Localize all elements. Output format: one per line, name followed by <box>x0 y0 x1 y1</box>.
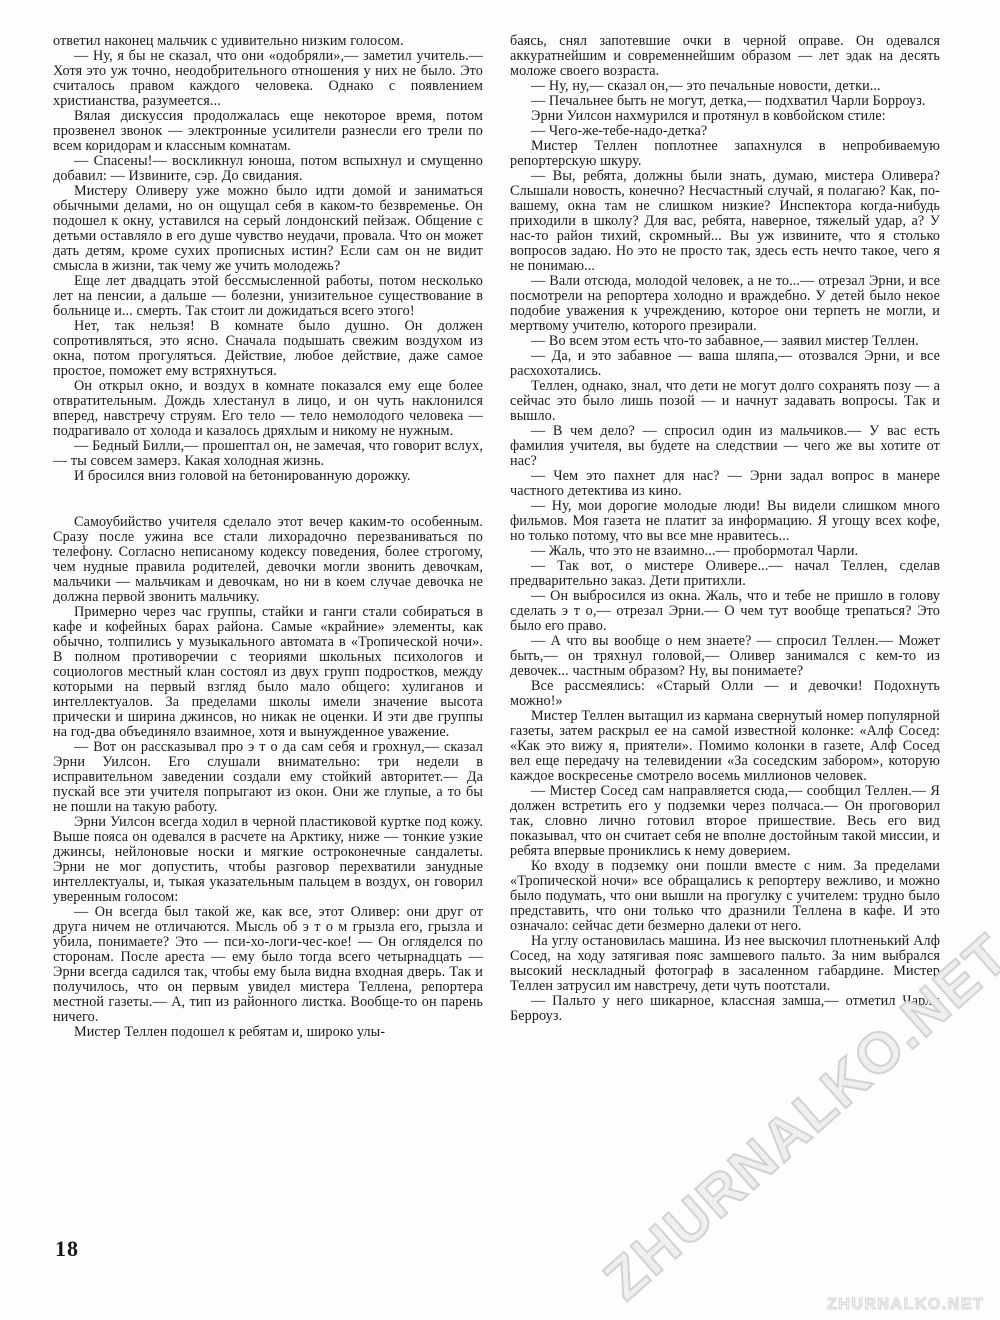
paragraph: — Он выбросился из окна. Жаль, что и теб… <box>510 589 940 634</box>
paragraph: — Да, и это забавное — ваша шляпа,— отоз… <box>510 349 940 379</box>
paragraph: Теллен, однако, знал, что дети не могут … <box>510 379 940 424</box>
paragraph: — Печальнее быть не могут, детка,— подхв… <box>510 94 940 109</box>
paragraph: Эрни Уилсон нахмурился и протянул в ковб… <box>510 109 940 124</box>
right-column: баясь, снял запотевшие очки в черной опр… <box>510 34 940 1040</box>
left-column: ответил наконец мальчик с удивительно ни… <box>53 34 483 1040</box>
paragraph: На углу остановилась машина. Из нее выск… <box>510 934 940 994</box>
paragraph: — А что вы вообще о нем знаете? — спроси… <box>510 634 940 679</box>
paragraph: баясь, снял запотевшие очки в черной опр… <box>510 34 940 79</box>
paragraph: Примерно через час группы, стайки и ганг… <box>53 605 483 740</box>
paragraph: — Вы, ребята, должны были знать, думаю, … <box>510 169 940 274</box>
paragraph: — Ну, мои дорогие молодые люди! Вы видел… <box>510 499 940 544</box>
paragraph: Самоубийство учителя сделало этот вечер … <box>53 515 483 605</box>
paragraph: — Он всегда был такой же, как все, этот … <box>53 905 483 1025</box>
paragraph: — Чем это пахнет для нас? — Эрни задал в… <box>510 469 940 499</box>
page-number: 18 <box>55 1236 79 1262</box>
paragraph: — Спасены!— воскликнул юноша, потом вспы… <box>53 154 483 184</box>
scanned-page: ответил наконец мальчик с удивительно ни… <box>0 0 1000 1320</box>
paragraph: — Чего-же-тебе-надо-детка? <box>510 124 940 139</box>
paragraph: Мистер Теллен вытащил из кармана свернут… <box>510 709 940 784</box>
watermark-corner: ZHURNALKO.NET <box>827 1296 984 1314</box>
paragraph: Он открыл окно, и воздух в комнате показ… <box>53 379 483 439</box>
paragraph: — Пальто у него шикарное, классная замша… <box>510 994 940 1024</box>
paragraph: Нет, так нельзя! В комнате было душно. О… <box>53 319 483 379</box>
paragraph: Еще лет двадцать этой бессмысленной рабо… <box>53 274 483 319</box>
paragraph: — Жаль, что это не взаимно...— пробормот… <box>510 544 940 559</box>
paragraph: Мистеру Оливеру уже можно было идти домо… <box>53 184 483 274</box>
paragraph: Мистер Теллен поплотнее запахнулся в неп… <box>510 139 940 169</box>
paragraph: — Бедный Билли,— прошептал он, не замеча… <box>53 439 483 469</box>
paragraph: — Ну, я бы не сказал, что они «одобряли»… <box>53 49 483 109</box>
paragraph: — Во всем этом есть что-то забавное,— за… <box>510 334 940 349</box>
paragraph: — Вот он рассказывал про э т о да сам се… <box>53 740 483 815</box>
text-columns: ответил наконец мальчик с удивительно ни… <box>53 34 940 1040</box>
paragraph: Мистер Теллен подошел к ребятам и, широк… <box>53 1025 483 1040</box>
paragraph: — Мистер Сосед сам направляется сюда,— с… <box>510 784 940 859</box>
paragraph: — Вали отсюда, молодой человек, а не то.… <box>510 274 940 334</box>
paragraph: — Так вот, о мистере Оливере...— начал Т… <box>510 559 940 589</box>
paragraph: ответил наконец мальчик с удивительно ни… <box>53 34 483 49</box>
paragraph: — В чем дело? — спросил один из мальчико… <box>510 424 940 469</box>
paragraph: — Ну, ну,— сказал он,— это печальные нов… <box>510 79 940 94</box>
paragraph: Ко входу в подземку они пошли вместе с н… <box>510 859 940 934</box>
paragraph: И бросился вниз головой на бетонированну… <box>53 469 483 484</box>
paragraph: Вялая дискуссия продолжалась еще некотор… <box>53 109 483 154</box>
paragraph: Все рассмеялись: «Старый Олли — и девочк… <box>510 679 940 709</box>
paragraph: Эрни Уилсон всегда ходил в черной пласти… <box>53 815 483 905</box>
